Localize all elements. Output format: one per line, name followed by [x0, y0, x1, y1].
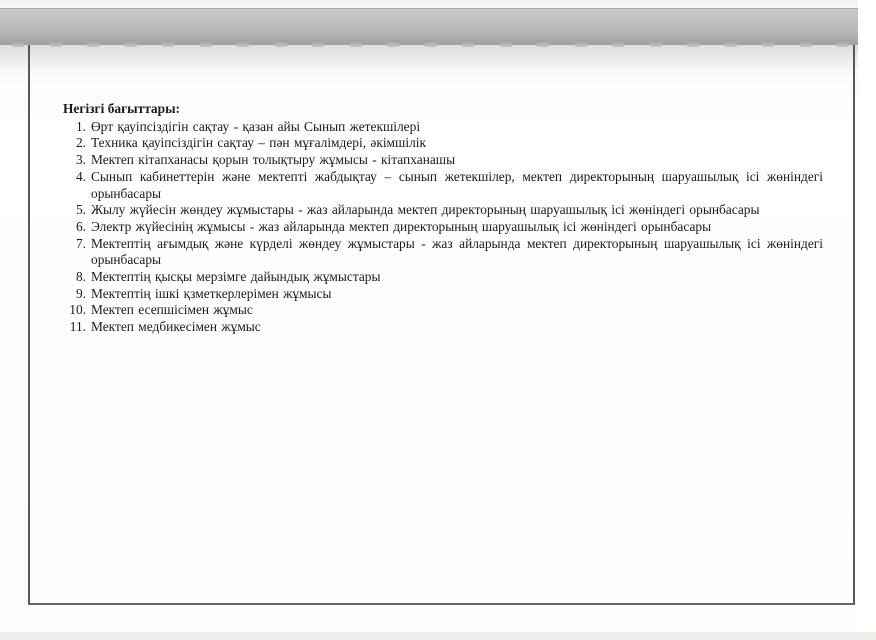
list-item: 1.Өрт қауіпсіздігін сақтау - қазан айы С…: [63, 119, 823, 136]
list-item-number: 1.: [63, 119, 91, 136]
list-item-text: Мектеп кітапханасы қорын толықтыру жұмыс…: [91, 152, 823, 169]
list-item-number: 10.: [63, 302, 91, 319]
list-item-number: 4.: [63, 169, 91, 202]
list-item: 4.Сынып кабинеттерін және мектепті жабды…: [63, 169, 823, 202]
list-item-text: Мектеп есепшісімен жұмыс: [91, 302, 823, 319]
list-item-text: Сынып кабинеттерін және мектепті жабдықт…: [91, 169, 823, 202]
list-item: 9.Мектептің ішкі қзметкерлерімен жұмысы: [63, 286, 823, 303]
list-item-text: Техника қауіпсіздігін сақтау – пән мұғал…: [91, 135, 823, 152]
directions-list: 1.Өрт қауіпсіздігін сақтау - қазан айы С…: [63, 119, 823, 336]
list-item: 2.Техника қауіпсіздігін сақтау – пән мұғ…: [63, 135, 823, 152]
list-item-number: 3.: [63, 152, 91, 169]
list-item-number: 6.: [63, 219, 91, 236]
list-item: 3.Мектеп кітапханасы қорын толықтыру жұм…: [63, 152, 823, 169]
list-item: 10.Мектеп есепшісімен жұмыс: [63, 302, 823, 319]
list-item: 6.Электр жүйесінің жұмысы - жаз айларынд…: [63, 219, 823, 236]
list-item-text: Өрт қауіпсіздігін сақтау - қазан айы Сын…: [91, 119, 823, 136]
list-item-text: Мектеп медбикесімен жұмыс: [91, 319, 823, 336]
list-item-text: Жылу жүйесін жөндеу жұмыстары - жаз айла…: [91, 202, 823, 219]
list-item: 11.Мектеп медбикесімен жұмыс: [63, 319, 823, 336]
list-item: 8.Мектептің қысқы мерзімге дайындық жұмы…: [63, 269, 823, 286]
list-item-number: 7.: [63, 236, 91, 269]
list-item-number: 11.: [63, 319, 91, 336]
list-item-text: Электр жүйесінің жұмысы - жаз айларында …: [91, 219, 823, 236]
document-body: Негізгі бағыттары: 1.Өрт қауіпсіздігін с…: [63, 101, 823, 336]
list-item-text: Мектептің ағымдық және күрделі жөндеу жұ…: [91, 236, 823, 269]
list-item-number: 8.: [63, 269, 91, 286]
list-item: 5.Жылу жүйесін жөндеу жұмыстары - жаз ай…: [63, 202, 823, 219]
list-item-text: Мектептің ішкі қзметкерлерімен жұмысы: [91, 286, 823, 303]
binding-tooth: [12, 40, 24, 47]
list-item-number: 9.: [63, 286, 91, 303]
page-margin-bottom: [0, 632, 876, 640]
list-item-text: Мектептің қысқы мерзімге дайындық жұмыст…: [91, 269, 823, 286]
section-heading: Негізгі бағыттары:: [63, 101, 823, 118]
page-margin: [858, 0, 876, 640]
list-item-number: 2.: [63, 135, 91, 152]
list-item-number: 5.: [63, 202, 91, 219]
list-item: 7.Мектептің ағымдық және күрделі жөндеу …: [63, 236, 823, 269]
